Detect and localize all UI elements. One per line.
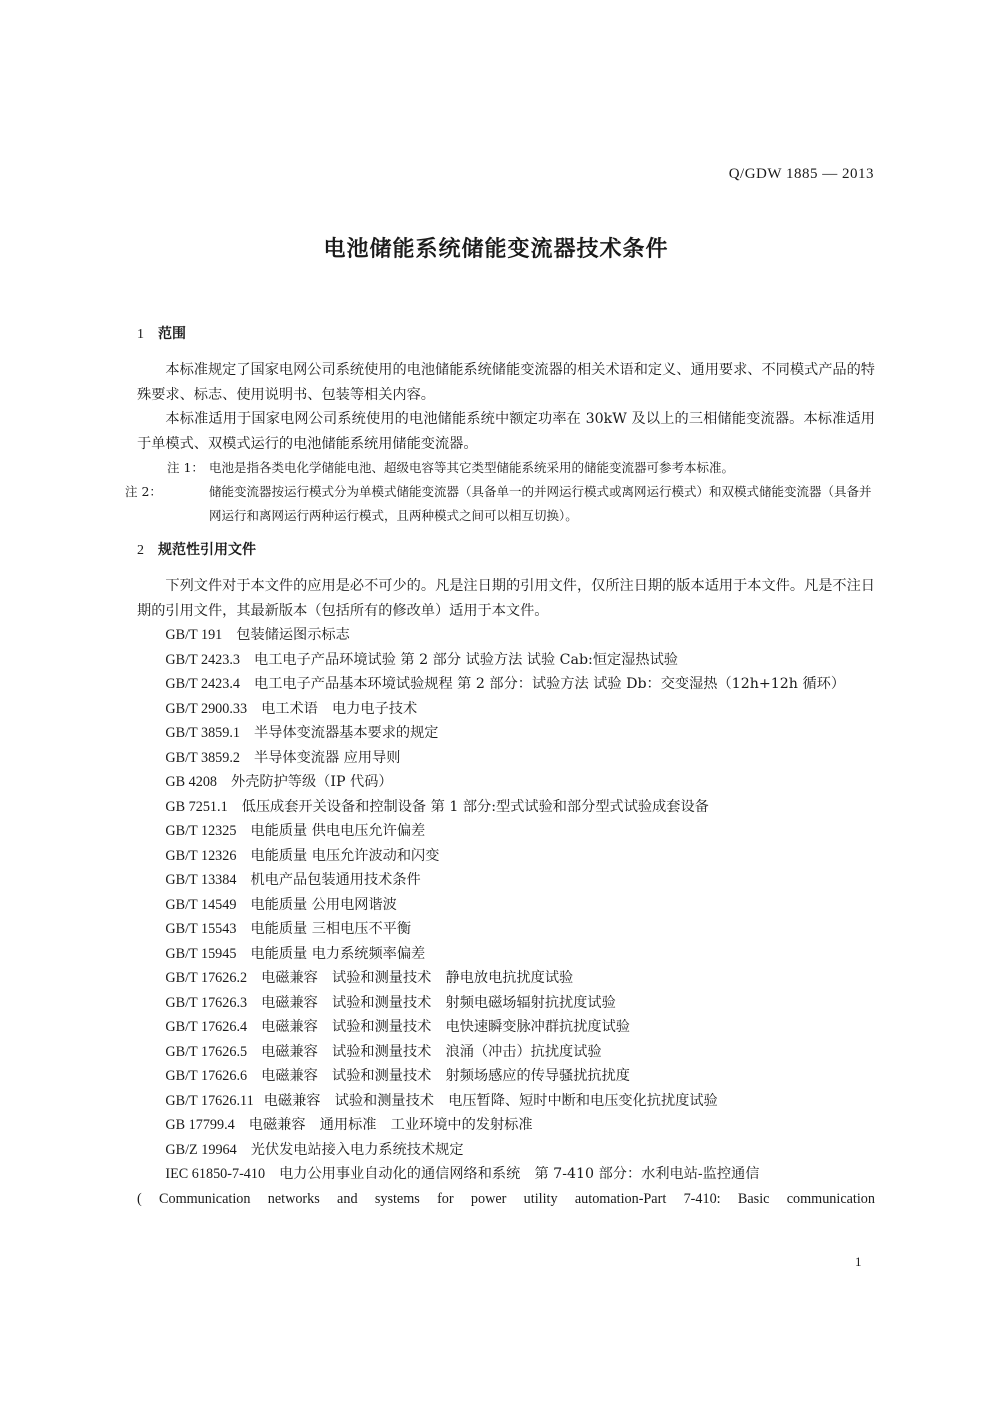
reference-title: 电工电子产品基本环境试验规程 第 2 部分：试验方法 试验 Db：交变湿热（12… (254, 676, 845, 692)
standard-code: Q/GDW 1885 — 2013 (729, 166, 874, 183)
reference-item: GB/T 14549电能质量 公用电网谐波 (137, 893, 875, 918)
reference-code: GB/T 17626.6 (165, 1068, 247, 1084)
reference-title: 电磁兼容 通用标准 工业环境中的发射标准 (249, 1117, 533, 1133)
reference-code: GB/T 14549 (165, 897, 236, 913)
scope-paragraph-2: 本标准适用于国家电网公司系统使用的电池储能系统中额定功率在 30kW 及以上的三… (137, 407, 875, 456)
note-1: 注 1：电池是指各类电化学储能电池、超级电容等其它类型储能系统采用的储能变流器可… (137, 456, 875, 480)
reference-title: 电能质量 电力系统频率偏差 (250, 946, 425, 962)
reference-code: GB/T 2423.3 (165, 652, 240, 668)
reference-code: GB/Z 19964 (165, 1142, 236, 1158)
reference-title: 电磁兼容 试验和测量技术 电快速瞬变脉冲群抗扰度试验 (261, 1019, 630, 1035)
reference-title: 电力公用事业自动化的通信网络和系统 第 7-410 部分：水利电站-监控通信 (279, 1166, 759, 1182)
reference-item: GB/T 17626.3电磁兼容 试验和测量技术 射频电磁场辐射抗扰度试验 (137, 991, 875, 1016)
reference-code: GB/T 17626.4 (165, 1019, 247, 1035)
reference-item: GB/T 2900.33电工术语 电力电子技术 (137, 697, 875, 722)
section-1-heading: 1范围 (137, 322, 875, 346)
reference-item: GB/T 17626.2电磁兼容 试验和测量技术 静电放电抗扰度试验 (137, 966, 875, 991)
reference-item: GB/T 2423.3电工电子产品环境试验 第 2 部分 试验方法 试验 Cab… (137, 648, 875, 673)
note-text: 储能变流器按运行模式分为单模式储能变流器（具备单一的并网运行模式或离网运行模式）… (209, 484, 872, 523)
reference-code: GB/T 3859.1 (165, 725, 240, 741)
reference-item: IEC 61850-7-410电力公用事业自动化的通信网络和系统 第 7-410… (137, 1162, 875, 1187)
reference-title: 低压成套开关设备和控制设备 第 1 部分:型式试验和部分型式试验成套设备 (242, 799, 709, 815)
reference-item: GB/T 15945电能质量 电力系统频率偏差 (137, 942, 875, 967)
reference-item: GB/T 17626.6电磁兼容 试验和测量技术 射频场感应的传导骚扰抗扰度 (137, 1064, 875, 1089)
reference-title: 电能质量 三相电压不平衡 (250, 921, 411, 937)
reference-title: 电磁兼容 试验和测量技术 浪涌（冲击）抗扰度试验 (261, 1044, 602, 1060)
reference-code: GB/T 17626.5 (165, 1044, 247, 1060)
reference-code: GB/T 17626.11 (165, 1093, 253, 1109)
reference-code: GB/T 2900.33 (165, 701, 247, 717)
reference-title: 电磁兼容 试验和测量技术 射频场感应的传导骚扰抗扰度 (261, 1068, 630, 1084)
reference-code: GB/T 15543 (165, 921, 236, 937)
reference-title: 半导体变流器基本要求的规定 (254, 725, 438, 741)
reference-title: 半导体变流器 应用导则 (254, 750, 400, 766)
section-2-heading: 2规范性引用文件 (137, 538, 875, 562)
section-title: 规范性引用文件 (158, 542, 256, 558)
reference-title: 包装储运图示标志 (236, 627, 350, 643)
document-body: 1范围 本标准规定了国家电网公司系统使用的电池储能系统储能变流器的相关术语和定义… (137, 322, 875, 1211)
reference-title: 电工电子产品环境试验 第 2 部分 试验方法 试验 Cab:恒定湿热试验 (254, 652, 678, 668)
reference-item: GB 4208外壳防护等级（IP 代码） (137, 770, 875, 795)
section-number: 2 (137, 543, 144, 558)
reference-item: GB/T 3859.1半导体变流器基本要求的规定 (137, 721, 875, 746)
reference-title: 外壳防护等级（IP 代码） (231, 774, 393, 790)
reference-item: GB/T 13384机电产品包装通用技术条件 (137, 868, 875, 893)
note-label: 注 2： (167, 480, 209, 504)
reference-item: GB/T 15543电能质量 三相电压不平衡 (137, 917, 875, 942)
reference-code: GB/T 191 (165, 627, 222, 643)
reference-code: GB 17799.4 (165, 1117, 234, 1133)
note-2: 注 2：储能变流器按运行模式分为单模式储能变流器（具备单一的并网运行模式或离网运… (137, 480, 875, 528)
reference-code: GB/T 17626.2 (165, 970, 247, 986)
note-label: 注 1： (167, 456, 209, 480)
section-title: 范围 (158, 326, 186, 342)
reference-item: GB/T 17626.4电磁兼容 试验和测量技术 电快速瞬变脉冲群抗扰度试验 (137, 1015, 875, 1040)
reference-continuation: ( Communication networks and systems for… (137, 1187, 875, 1212)
reference-code: GB/T 3859.2 (165, 750, 240, 766)
scope-paragraph-1: 本标准规定了国家电网公司系统使用的电池储能系统储能变流器的相关术语和定义、通用要… (137, 358, 875, 407)
section-number: 1 (137, 327, 144, 342)
reference-item: GB/Z 19964光伏发电站接入电力系统技术规定 (137, 1138, 875, 1163)
note-text: 电池是指各类电化学储能电池、超级电容等其它类型储能系统采用的储能变流器可参考本标… (209, 460, 734, 475)
document-title: 电池储能系统储能变流器技术条件 (0, 232, 992, 263)
reference-code: GB/T 13384 (165, 872, 236, 888)
reference-title: 电磁兼容 试验和测量技术 射频电磁场辐射抗扰度试验 (261, 995, 616, 1011)
reference-item: GB/T 3859.2半导体变流器 应用导则 (137, 746, 875, 771)
reference-code: GB/T 15945 (165, 946, 236, 962)
reference-title: 电能质量 电压允许波动和闪变 (250, 848, 439, 864)
reference-title: 光伏发电站接入电力系统技术规定 (251, 1142, 464, 1158)
reference-code: GB 7251.1 (165, 799, 227, 815)
reference-title: 电能质量 公用电网谐波 (250, 897, 396, 913)
document-page: Q/GDW 1885 — 2013 电池储能系统储能变流器技术条件 1范围 本标… (0, 0, 992, 1403)
reference-item: GB/T 17626.11电磁兼容 试验和测量技术 电压暂降、短时中断和电压变化… (137, 1089, 875, 1114)
reference-code: IEC 61850-7-410 (165, 1166, 265, 1182)
reference-item: GB/T 2423.4电工电子产品基本环境试验规程 第 2 部分：试验方法 试验… (137, 672, 875, 697)
reference-item: GB 17799.4电磁兼容 通用标准 工业环境中的发射标准 (137, 1113, 875, 1138)
reference-item: GB/T 12325电能质量 供电电压允许偏差 (137, 819, 875, 844)
reference-code: GB/T 17626.3 (165, 995, 247, 1011)
reference-title: 电工术语 电力电子技术 (261, 701, 417, 717)
reference-item: GB/T 17626.5电磁兼容 试验和测量技术 浪涌（冲击）抗扰度试验 (137, 1040, 875, 1065)
reference-item: GB/T 12326电能质量 电压允许波动和闪变 (137, 844, 875, 869)
references-intro: 下列文件对于本文件的应用是必不可少的。凡是注日期的引用文件，仅所注日期的版本适用… (137, 574, 875, 623)
reference-code: GB/T 12325 (165, 823, 236, 839)
reference-code: GB/T 12326 (165, 848, 236, 864)
reference-title: 机电产品包装通用技术条件 (250, 872, 420, 888)
reference-item: GB/T 191包装储运图示标志 (137, 623, 875, 648)
normative-references-list: GB/T 191包装储运图示标志 GB/T 2423.3电工电子产品环境试验 第… (137, 623, 875, 1211)
reference-title: 电能质量 供电电压允许偏差 (250, 823, 425, 839)
reference-title: 电磁兼容 试验和测量技术 电压暂降、短时中断和电压变化抗扰度试验 (264, 1093, 718, 1109)
reference-code: GB/T 2423.4 (165, 676, 240, 692)
reference-item: GB 7251.1低压成套开关设备和控制设备 第 1 部分:型式试验和部分型式试… (137, 795, 875, 820)
page-number: 1 (855, 1254, 862, 1270)
reference-title: 电磁兼容 试验和测量技术 静电放电抗扰度试验 (261, 970, 573, 986)
reference-code: GB 4208 (165, 774, 217, 790)
